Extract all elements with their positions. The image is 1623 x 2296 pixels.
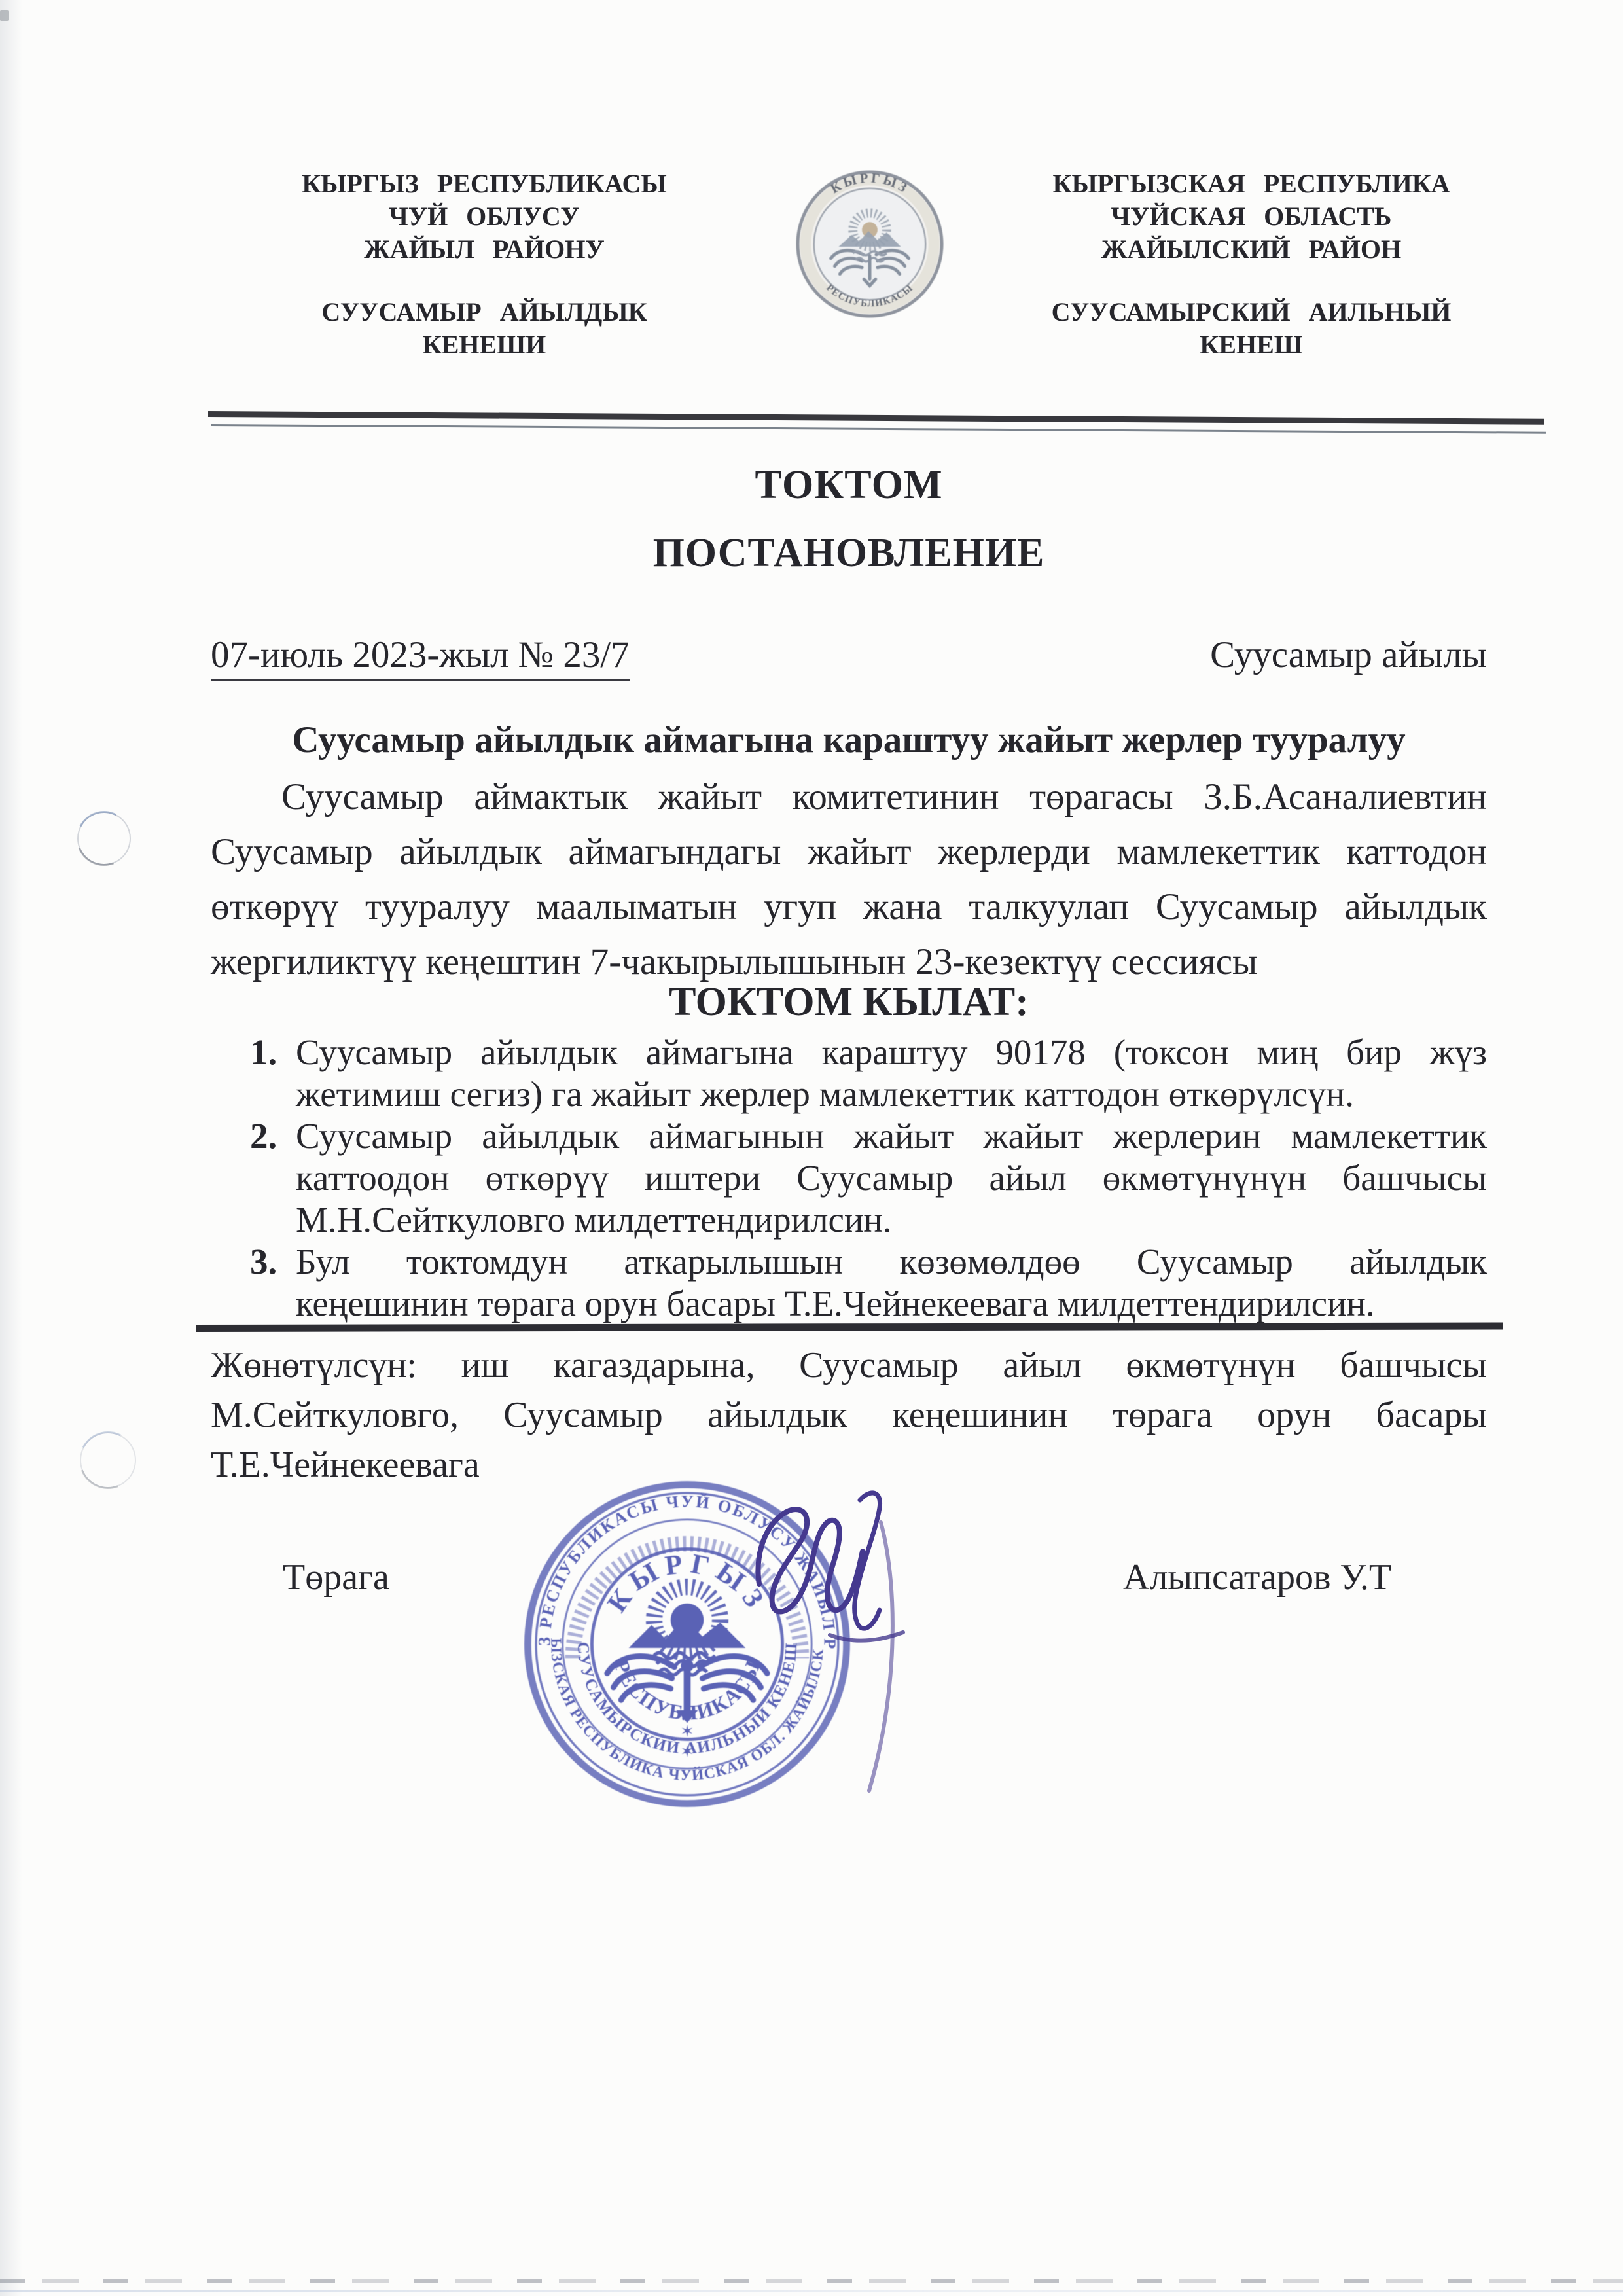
preamble-line: Суусамыр аймактык жайыт комитетинин төра…	[211, 770, 1487, 825]
stamp-star-icon: ✶	[680, 1744, 694, 1761]
rayon-name-ru: ЖАЙЫЛСКИЙ РАЙОН	[1016, 233, 1487, 266]
item-3-line: кеңешинин төрага орун басары Т.Е.Чейнеке…	[296, 1283, 1487, 1325]
scan-edge-shadow	[0, 0, 30, 2296]
signature-icon	[732, 1480, 935, 1821]
signatory-name: Алыпсатаров У.Т	[1123, 1556, 1391, 1598]
header-divider-line	[208, 411, 1544, 425]
punch-hole	[80, 1432, 136, 1488]
doc-type-title-kg: ТОКТОМ	[211, 462, 1487, 509]
distribution-line: М.Сейткуловго, Суусамыр айылдык кеңешини…	[211, 1390, 1487, 1440]
org-name-kg-line2: КЕНЕШИ	[249, 329, 720, 361]
org-name-ru-line1: СУУСАМЫРСКИЙ АИЛЬНЫЙ	[1016, 296, 1487, 329]
org-name-left: СУУСАМЫР АЙЫЛДЫК КЕНЕШИ	[249, 296, 720, 361]
header-right-block: КЫРГЫЗСКАЯ РЕСПУБЛИКА ЧУЙСКАЯ ОБЛАСТЬ ЖА…	[1016, 168, 1487, 266]
item-number: 2.	[250, 1115, 292, 1157]
preamble-paragraph: Суусамыр аймактык жайыт комитетинин төра…	[211, 770, 1487, 990]
rayon-name-kg: ЖАЙЫЛ РАЙОНУ	[249, 233, 720, 266]
org-name-kg-line1: СУУСАМЫР АЙЫЛДЫК	[249, 296, 720, 329]
oblast-name-kg: ЧУЙ ОБЛУСУ	[249, 200, 720, 233]
item-number: 3.	[250, 1241, 292, 1283]
header-divider-thin-line	[211, 424, 1546, 434]
resolution-list: Суусамыр айылдык аймагына караштуу 90178…	[296, 1031, 1487, 1325]
org-name-ru-line2: КЕНЕШ	[1016, 329, 1487, 361]
preamble-line: Суусамыр айылдык аймагындагы жайыт жерле…	[211, 825, 1487, 880]
item-2-line: каттоодон өткөрүү иштери Суусамыр айыл ө…	[296, 1157, 1487, 1199]
preamble-line: өткөрүү тууралуу маалыматын угуп жана та…	[211, 880, 1487, 935]
doc-type-title-ru: ПОСТАНОВЛЕНИЕ	[211, 530, 1487, 577]
item-1-line: жетимиш сегиз) га жайыт жерлер мамлекетт…	[296, 1073, 1487, 1115]
item-3-line: Бул токтомдун аткарылышын көзөмөлдөө Суу…	[296, 1241, 1487, 1283]
distribution-note: Жөнөтүлсүн: иш кагаздарына, Суусамыр айы…	[211, 1340, 1487, 1490]
scanned-document-page: КЫРГЫЗ РЕСПУБЛИКАСЫ ЧУЙ ОБЛУСУ ЖАЙЫЛ РАЙ…	[0, 0, 1623, 2296]
signatory-title: Төрага	[283, 1556, 389, 1598]
item-1-line: Суусамыр айылдык аймагына караштуу 90178…	[296, 1031, 1487, 1073]
republic-name-kg: КЫРГЫЗ РЕСПУБЛИКАСЫ	[249, 168, 720, 200]
doc-subject: Суусамыр айылдык аймагына караштуу жайыт…	[211, 719, 1487, 761]
scan-bottom-artifact	[0, 2279, 1623, 2283]
separator-line	[196, 1323, 1503, 1332]
republic-name-ru: КЫРГЫЗСКАЯ РЕСПУБЛИКА	[1016, 168, 1487, 200]
resolution-heading: ТОКТОМ КЫЛАТ:	[211, 979, 1487, 1026]
item-number: 1.	[250, 1031, 292, 1073]
punch-hole	[77, 812, 131, 865]
scan-bottom-edge	[0, 2290, 1623, 2292]
distribution-line: Жөнөтүлсүн: иш кагаздарына, Суусамыр айы…	[211, 1340, 1487, 1390]
national-emblem-icon: КЫРГЫЗ РЕСПУБЛИКАСЫ	[794, 169, 945, 319]
scan-corner-artifact	[0, 10, 9, 21]
header-left-block: КЫРГЫЗ РЕСПУБЛИКАСЫ ЧУЙ ОБЛУСУ ЖАЙЫЛ РАЙ…	[249, 168, 720, 266]
doc-place: Суусамыр айылы	[211, 634, 1487, 676]
item-2-line: М.Н.Сейткуловго милдеттендирилсин.	[296, 1199, 1487, 1241]
org-name-right: СУУСАМЫРСКИЙ АИЛЬНЫЙ КЕНЕШ	[1016, 296, 1487, 361]
item-2-line: Суусамыр айылдык аймагынын жайыт жайыт ж…	[296, 1115, 1487, 1157]
stamp-star-icon: ✶	[680, 1723, 694, 1741]
oblast-name-ru: ЧУЙСКАЯ ОБЛАСТЬ	[1016, 200, 1487, 233]
